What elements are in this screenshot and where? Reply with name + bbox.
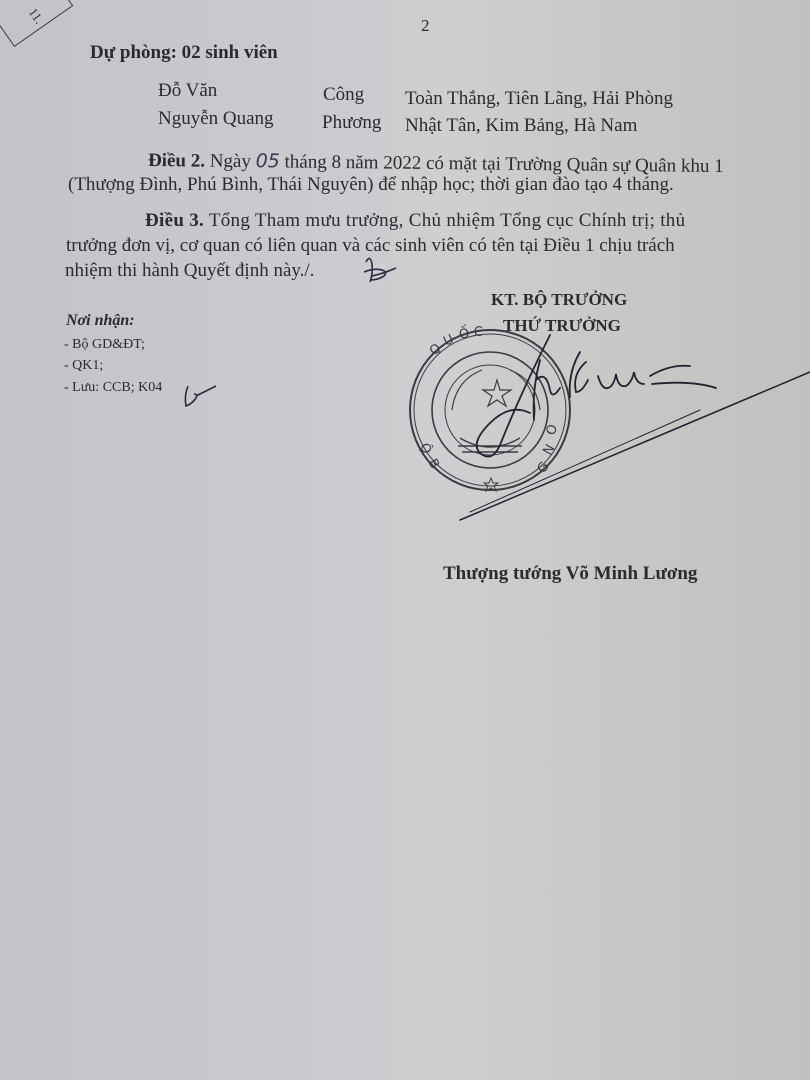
document-page: 11. 2 Dự phòng: 02 sinh viên Đỗ Văn Công… (0, 0, 810, 1080)
svg-text:O: O (544, 423, 562, 438)
signer-name: Thượng tướng Võ Minh Lương (443, 563, 697, 585)
initials-mark-icon (185, 386, 216, 406)
initials-mark-icon (364, 258, 396, 282)
seal-and-signature-graphic: Q U Ố C B Ộ O N G (0, 0, 810, 1080)
svg-text:Ố: Ố (457, 324, 471, 343)
svg-text:Ộ: Ộ (416, 441, 435, 456)
signature-icon (460, 335, 810, 520)
svg-text:U: U (441, 332, 456, 350)
svg-text:C: C (474, 325, 484, 340)
